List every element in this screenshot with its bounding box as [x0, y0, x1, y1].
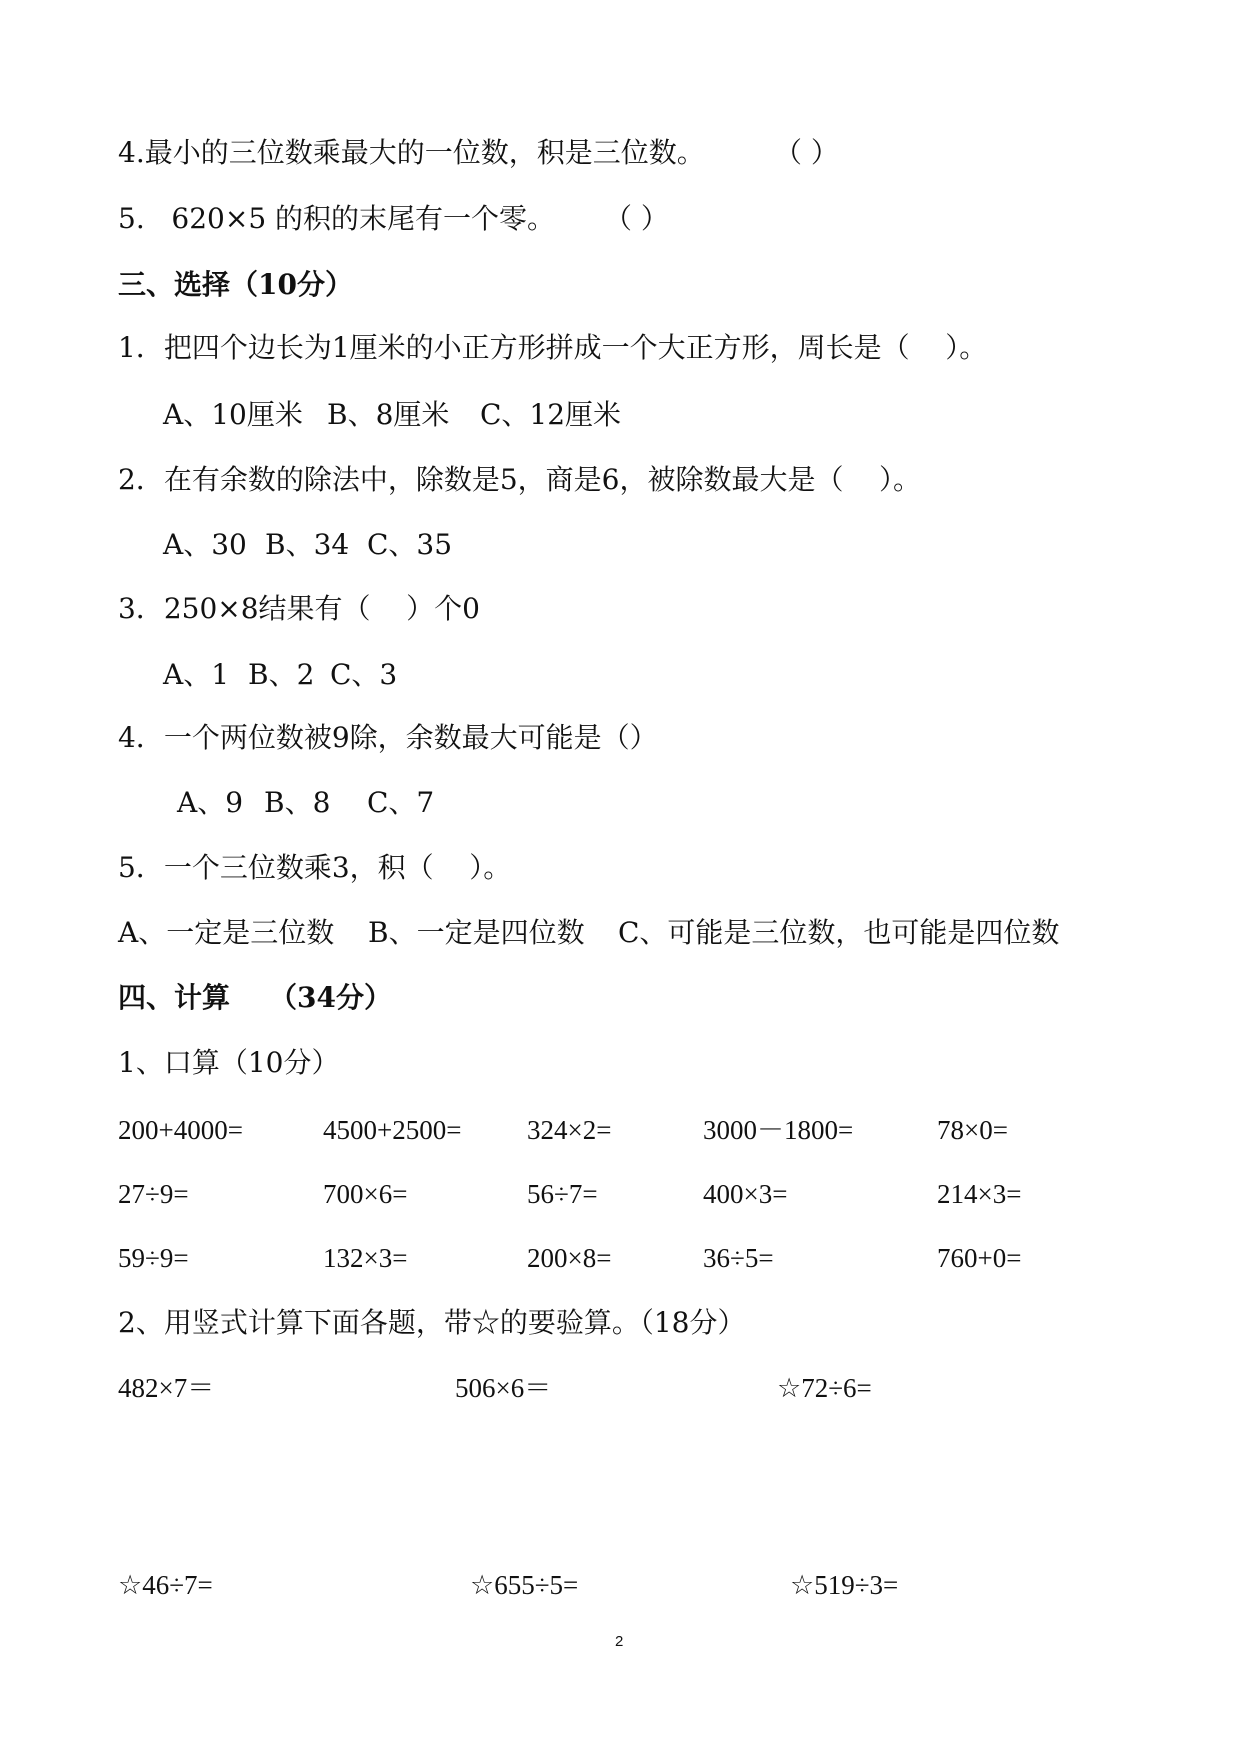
judgement-item-4: 4.最小的三位数乘最大的一位数，积是三位数。 — [118, 136, 705, 170]
mental-math-item: 56÷7= — [527, 1177, 598, 1211]
choice-question-1: 1．把四个边长为1厘米的小正方形拼成一个大正方形，周长是（ ）。 — [118, 331, 987, 365]
choice-question-3: 3．250×8结果有（ ）个0 — [118, 592, 480, 626]
mental-math-item: 78×0= — [937, 1113, 1008, 1147]
judgement-item-5: 5. 620×5 的积的末尾有一个零。 — [118, 202, 555, 236]
choice-option-2c: C、35 — [367, 528, 452, 562]
choice-option-1a: A、10厘米 — [163, 398, 303, 432]
subsection-title-mental-math: 1、口算（10分） — [118, 1046, 339, 1080]
choice-option-3b: B、2 — [248, 658, 314, 692]
choice-option-4c: C、7 — [367, 786, 434, 820]
choice-option-3c: C、3 — [330, 658, 397, 692]
choice-option-3a: A、1 — [163, 658, 229, 692]
choice-option-1b: B、8厘米 — [327, 398, 449, 432]
mental-math-item: 3000－1800= — [703, 1113, 853, 1147]
vertical-calc-item: ☆46÷7= — [118, 1568, 213, 1602]
choice-option-5b: B、一定是四位数 — [368, 916, 585, 950]
vertical-calc-item: ☆72÷6= — [777, 1371, 872, 1405]
mental-math-item: 214×3= — [937, 1177, 1021, 1211]
choice-option-1c: C、12厘米 — [480, 398, 621, 432]
mental-math-item: 59÷9= — [118, 1241, 189, 1275]
page-number: 2 — [615, 1633, 623, 1651]
choice-option-2a: A、30 — [163, 528, 247, 562]
answer-blank-judgement-5: （ ） — [604, 202, 669, 236]
choice-option-2b: B、34 — [265, 528, 349, 562]
mental-math-item: 700×6= — [323, 1177, 407, 1211]
choice-question-2: 2．在有余数的除法中，除数是5，商是6，被除数最大是（ ）。 — [118, 463, 921, 497]
choice-option-4a: A、9 — [177, 786, 243, 820]
answer-blank-judgement-4: （ ） — [774, 136, 839, 170]
mental-math-item: 324×2= — [527, 1113, 611, 1147]
vertical-calc-item: 506×6＝ — [455, 1371, 551, 1405]
mental-math-item: 200+4000= — [118, 1113, 243, 1147]
section-title-calculation: 四、计算 （34分） — [118, 981, 392, 1015]
vertical-calc-item: ☆519÷3= — [790, 1568, 898, 1602]
mental-math-item: 400×3= — [703, 1177, 787, 1211]
mental-math-item: 36÷5= — [703, 1241, 774, 1275]
mental-math-item: 27÷9= — [118, 1177, 189, 1211]
choice-question-4: 4．一个两位数被9除，余数最大可能是（） — [118, 721, 658, 755]
vertical-calc-item: 482×7＝ — [118, 1371, 214, 1405]
choice-option-5c: C、可能是三位数，也可能是四位数 — [618, 916, 1059, 950]
mental-math-item: 132×3= — [323, 1241, 407, 1275]
choice-option-4b: B、8 — [264, 786, 330, 820]
mental-math-item: 760+0= — [937, 1241, 1021, 1275]
choice-option-5a: A、一定是三位数 — [118, 916, 334, 950]
section-title-choice: 三、选择（10分） — [118, 268, 353, 302]
choice-question-5: 5．一个三位数乘3，积（ ）。 — [118, 851, 511, 885]
mental-math-item: 200×8= — [527, 1241, 611, 1275]
subsection-title-vertical-calc: 2、用竖式计算下面各题，带☆的要验算。（18分） — [118, 1306, 745, 1340]
vertical-calc-item: ☆655÷5= — [470, 1568, 578, 1602]
mental-math-item: 4500+2500= — [323, 1113, 461, 1147]
